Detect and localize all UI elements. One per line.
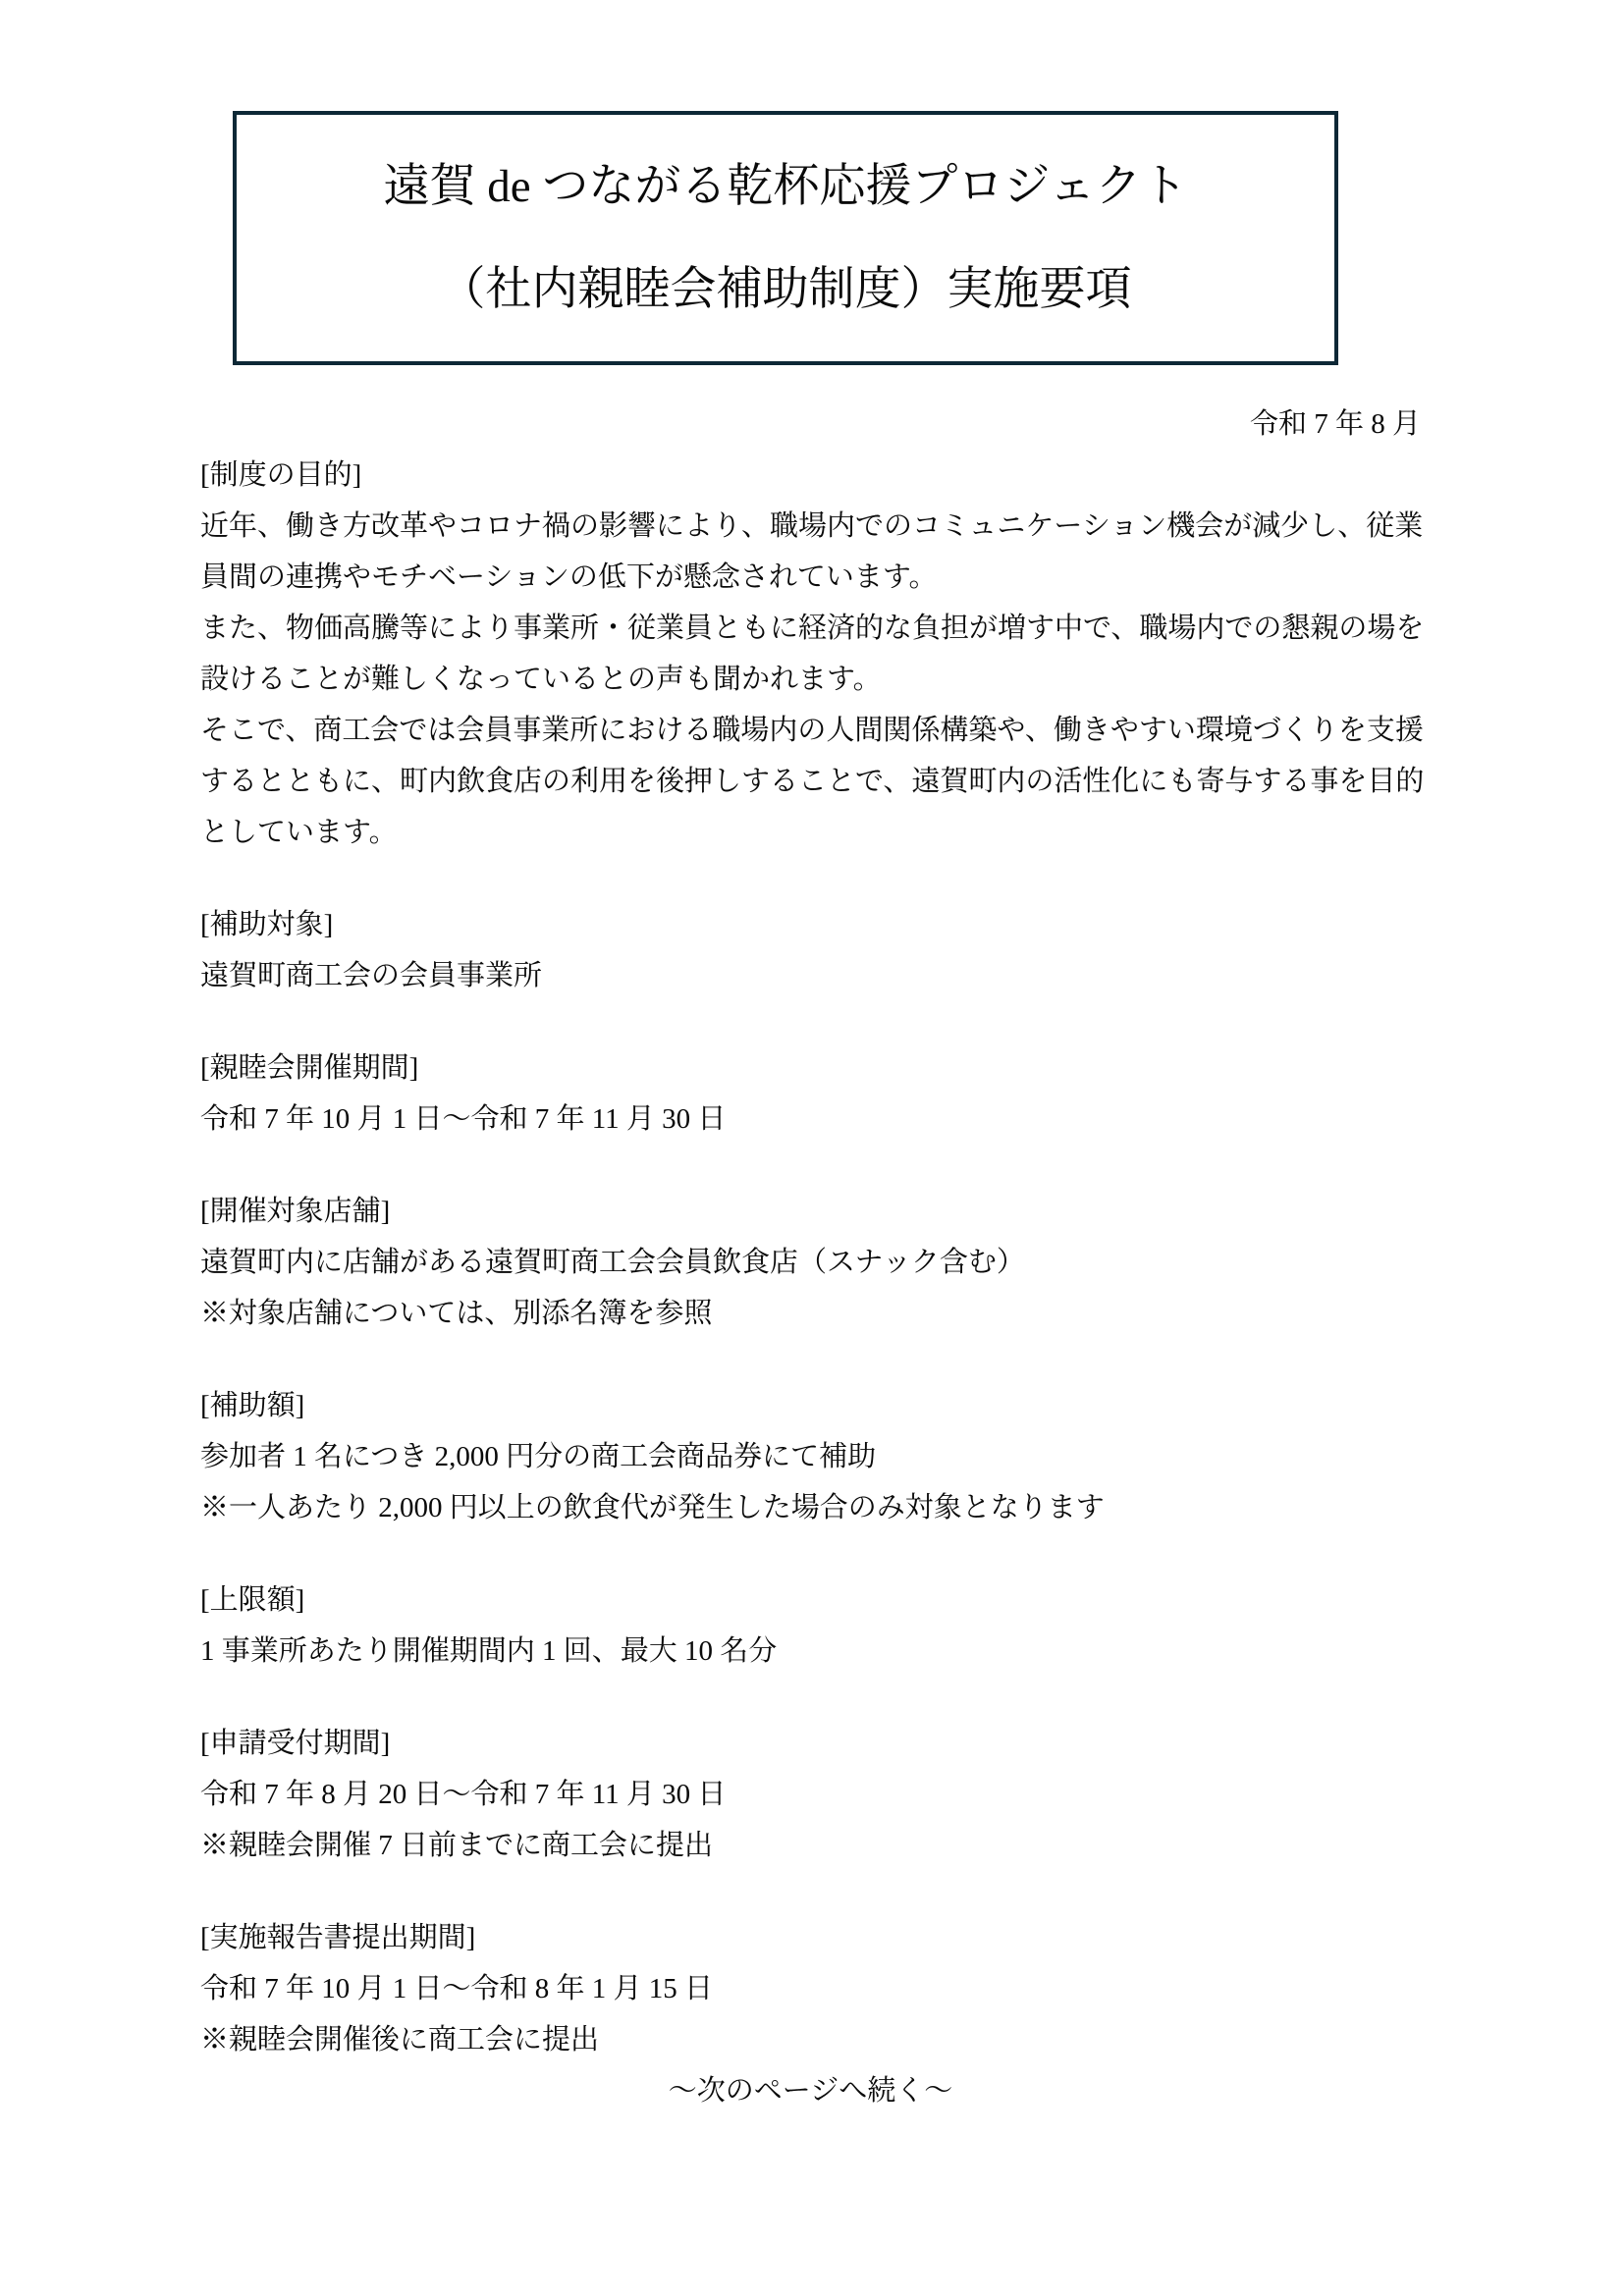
section-heading: [実施報告書提出期間] — [200, 1912, 1421, 1963]
section-limit: [上限額] 1 事業所あたり開催期間内 1 回、最大 10 名分 — [200, 1575, 1421, 1677]
body-line: そこで、商工会では会員事業所における職場内の人間関係構築や、働きやすい環境づくり… — [200, 705, 1421, 756]
body-line: 遠賀町商工会の会員事業所 — [200, 950, 1421, 1001]
body-line: するとともに、町内飲食店の利用を後押しすることで、遠賀町内の活性化にも寄与する事… — [200, 756, 1421, 807]
section-report-period: [実施報告書提出期間] 令和 7 年 10 月 1 日～令和 8 年 1 月 1… — [200, 1912, 1421, 2065]
body-line: 遠賀町内に店舗がある遠賀町商工会会員飲食店（スナック含む） — [200, 1237, 1421, 1288]
section-purpose: [制度の目的] 近年、働き方改革やコロナ禍の影響により、職場内でのコミュニケーシ… — [200, 450, 1421, 858]
section-heading: [上限額] — [200, 1575, 1421, 1626]
body-line: 令和 7 年 10 月 1 日～令和 8 年 1 月 15 日 — [200, 1963, 1421, 2014]
body-line: 1 事業所あたり開催期間内 1 回、最大 10 名分 — [200, 1626, 1421, 1677]
title-box: 遠賀 de つながる乾杯応援プロジェクト （社内親睦会補助制度）実施要項 — [233, 111, 1338, 365]
body-line: ※対象店舗については、別添名簿を参照 — [200, 1288, 1421, 1339]
section-heading: [申請受付期間] — [200, 1718, 1421, 1769]
body-line: ※親睦会開催 7 日前までに商工会に提出 — [200, 1820, 1421, 1871]
document-title-line2: （社内親睦会補助制度）実施要項 — [440, 263, 1132, 316]
body-line: ※一人あたり 2,000 円以上の飲食代が発生した場合のみ対象となります — [200, 1482, 1421, 1533]
body-line: 令和 7 年 8 月 20 日～令和 7 年 11 月 30 日 — [200, 1769, 1421, 1820]
section-application-period: [申請受付期間] 令和 7 年 8 月 20 日～令和 7 年 11 月 30 … — [200, 1718, 1421, 1871]
document-title-line1: 遠賀 de つながる乾杯応援プロジェクト — [384, 160, 1188, 213]
body-line: ※親睦会開催後に商工会に提出 — [200, 2014, 1421, 2065]
issue-date: 令和 7 年 8 月 — [200, 399, 1421, 450]
body-line: としています。 — [200, 807, 1421, 858]
document-page: 遠賀 de つながる乾杯応援プロジェクト （社内親睦会補助制度）実施要項 令和 … — [0, 0, 1624, 2296]
body-line: また、物価高騰等により事業所・従業員ともに経済的な負担が増す中で、職場内での懇親… — [200, 603, 1421, 654]
section-heading: [補助対象] — [200, 899, 1421, 950]
section-heading: [親睦会開催期間] — [200, 1042, 1421, 1094]
body-line: 令和 7 年 10 月 1 日～令和 7 年 11 月 30 日 — [200, 1094, 1421, 1145]
section-heading: [補助額] — [200, 1380, 1421, 1431]
section-event-period: [親睦会開催期間] 令和 7 年 10 月 1 日～令和 7 年 11 月 30… — [200, 1042, 1421, 1145]
page-continuation-note: ～次のページへ続く～ — [200, 2065, 1421, 2116]
body-line: 参加者 1 名につき 2,000 円分の商工会商品券にて補助 — [200, 1431, 1421, 1482]
section-subsidy-amount: [補助額] 参加者 1 名につき 2,000 円分の商工会商品券にて補助 ※一人… — [200, 1380, 1421, 1533]
section-eligible-stores: [開催対象店舗] 遠賀町内に店舗がある遠賀町商工会会員飲食店（スナック含む） ※… — [200, 1186, 1421, 1339]
section-target: [補助対象] 遠賀町商工会の会員事業所 — [200, 899, 1421, 1001]
body-line: 設けることが難しくなっているとの声も聞かれます。 — [200, 654, 1421, 705]
body-line: 近年、働き方改革やコロナ禍の影響により、職場内でのコミュニケーション機会が減少し… — [200, 501, 1421, 552]
section-heading: [制度の目的] — [200, 450, 1421, 501]
section-heading: [開催対象店舗] — [200, 1186, 1421, 1237]
body-line: 員間の連携やモチベーションの低下が懸念されています。 — [200, 552, 1421, 603]
